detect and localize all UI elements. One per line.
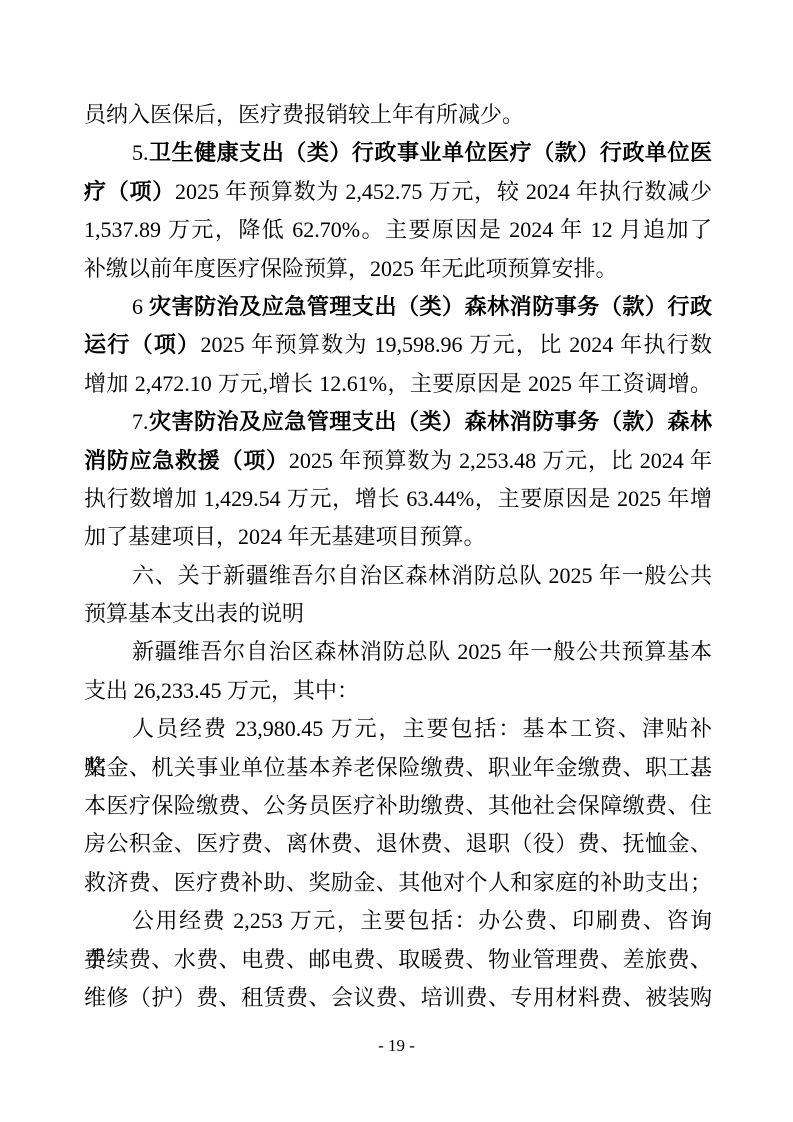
text-line: 房公积金、医疗费、离休费、退休费、退职（役）费、抚恤金、 xyxy=(84,825,712,863)
text-segment: 维修（护）费、租赁费、会议费、培训费、专用材料费、被装购 xyxy=(84,985,712,1010)
text-segment: 1,537.89 万元，降低 62.70%。主要原因是 2024 年 12 月追… xyxy=(84,217,712,242)
text-line: 消防应急救援（项）2025 年预算数为 2,253.48 万元，比 2024 年 xyxy=(84,442,712,480)
text-line: 加了基建项目，2024 年无基建项目预算。 xyxy=(84,518,712,556)
text-segment: 支出 26,233.45 万元，其中： xyxy=(84,678,359,703)
text-segment: 2025 年预算数为 19,598.96 万元，比 2024 年执行数 xyxy=(200,332,712,357)
text-line: 7.灾害防治及应急管理支出（类）森林消防事务（款）森林 xyxy=(84,403,712,441)
heading-segment: 卫生健康支出（类）行政事业单位医疗（款）行政单位医 xyxy=(149,140,713,165)
text-line: 本医疗保险缴费、公务员医疗补助缴费、其他社会保障缴费、住 xyxy=(84,787,712,825)
text-line: 疗（项）2025 年预算数为 2,452.75 万元，较 2024 年执行数减少 xyxy=(84,173,712,211)
text-line: 增加 2,472.10 万元,增长 12.61%，主要原因是 2025 年工资调… xyxy=(84,365,712,403)
text-segment: 执行数增加 1,429.54 万元，增长 63.44%，主要原因是 2025 年… xyxy=(84,486,712,511)
text-line: 六、关于新疆维吾尔自治区森林消防总队 2025 年一般公共 xyxy=(84,557,712,595)
text-segment: 新疆维吾尔自治区森林消防总队 2025 年一般公共预算基本 xyxy=(132,639,712,664)
text-line: 公用经费 2,253 万元，主要包括：办公费、印刷费、咨询费、 xyxy=(84,902,712,940)
page-number: - 19 - xyxy=(0,1036,793,1056)
text-segment: 6 xyxy=(132,294,149,319)
text-segment: 手续费、水费、电费、邮电费、取暖费、物业管理费、差旅费、 xyxy=(84,947,712,972)
text-line: 补缴以前年度医疗保险预算，2025 年无此项预算安排。 xyxy=(84,250,712,288)
text-segment: 2025 年预算数为 2,452.75 万元，较 2024 年执行数减少 xyxy=(175,179,712,204)
document-page: 员纳入医保后，医疗费报销较上年有所减少。5.卫生健康支出（类）行政事业单位医疗（… xyxy=(0,0,793,1122)
heading-segment: 疗（项） xyxy=(84,179,175,204)
text-block: 员纳入医保后，医疗费报销较上年有所减少。5.卫生健康支出（类）行政事业单位医疗（… xyxy=(84,96,712,1017)
text-segment: 本医疗保险缴费、公务员医疗补助缴费、其他社会保障缴费、住 xyxy=(84,793,712,818)
text-segment: 救济费、医疗费补助、奖励金、其他对个人和家庭的补助支出； xyxy=(84,870,712,895)
text-segment: 增加 2,472.10 万元,增长 12.61%，主要原因是 2025 年工资调… xyxy=(84,371,712,396)
text-segment: 7. xyxy=(132,409,149,434)
text-line: 支出 26,233.45 万元，其中： xyxy=(84,672,712,710)
heading-segment: 灾害防治及应急管理支出（类）森林消防事务（款）行政 xyxy=(149,294,712,319)
text-segment: 奖金、机关事业单位基本养老保险缴费、职业年金缴费、职工基 xyxy=(84,755,712,780)
text-line: 5.卫生健康支出（类）行政事业单位医疗（款）行政单位医 xyxy=(84,134,712,172)
text-segment: 六、关于新疆维吾尔自治区森林消防总队 2025 年一般公共 xyxy=(132,563,712,588)
text-line: 手续费、水费、电费、邮电费、取暖费、物业管理费、差旅费、 xyxy=(84,941,712,979)
text-line: 6 灾害防治及应急管理支出（类）森林消防事务（款）行政 xyxy=(84,288,712,326)
text-line: 执行数增加 1,429.54 万元，增长 63.44%，主要原因是 2025 年… xyxy=(84,480,712,518)
text-line: 维修（护）费、租赁费、会议费、培训费、专用材料费、被装购 xyxy=(84,979,712,1017)
text-segment: 预算基本支出表的说明 xyxy=(84,601,304,626)
text-line: 新疆维吾尔自治区森林消防总队 2025 年一般公共预算基本 xyxy=(84,633,712,671)
heading-segment: 运行（项） xyxy=(84,332,200,357)
text-line: 人员经费 23,980.45 万元，主要包括：基本工资、津贴补贴、 xyxy=(84,710,712,748)
text-segment: 2025 年预算数为 2,253.48 万元，比 2024 年 xyxy=(289,448,712,473)
text-line: 1,537.89 万元，降低 62.70%。主要原因是 2024 年 12 月追… xyxy=(84,211,712,249)
text-line: 奖金、机关事业单位基本养老保险缴费、职业年金缴费、职工基 xyxy=(84,749,712,787)
heading-segment: 消防应急救援（项） xyxy=(84,448,289,473)
text-segment: 员纳入医保后，医疗费报销较上年有所减少。 xyxy=(84,102,524,127)
text-line: 救济费、医疗费补助、奖励金、其他对个人和家庭的补助支出； xyxy=(84,864,712,902)
text-line: 预算基本支出表的说明 xyxy=(84,595,712,633)
text-segment: 加了基建项目，2024 年无基建项目预算。 xyxy=(84,524,486,549)
heading-segment: 灾害防治及应急管理支出（类）森林消防事务（款）森林 xyxy=(149,409,713,434)
text-segment: 5. xyxy=(132,140,149,165)
text-segment: 补缴以前年度医疗保险预算，2025 年无此项预算安排。 xyxy=(84,256,618,281)
text-line: 运行（项）2025 年预算数为 19,598.96 万元，比 2024 年执行数 xyxy=(84,326,712,364)
text-line: 员纳入医保后，医疗费报销较上年有所减少。 xyxy=(84,96,712,134)
text-segment: 房公积金、医疗费、离休费、退休费、退职（役）费、抚恤金、 xyxy=(84,831,712,856)
